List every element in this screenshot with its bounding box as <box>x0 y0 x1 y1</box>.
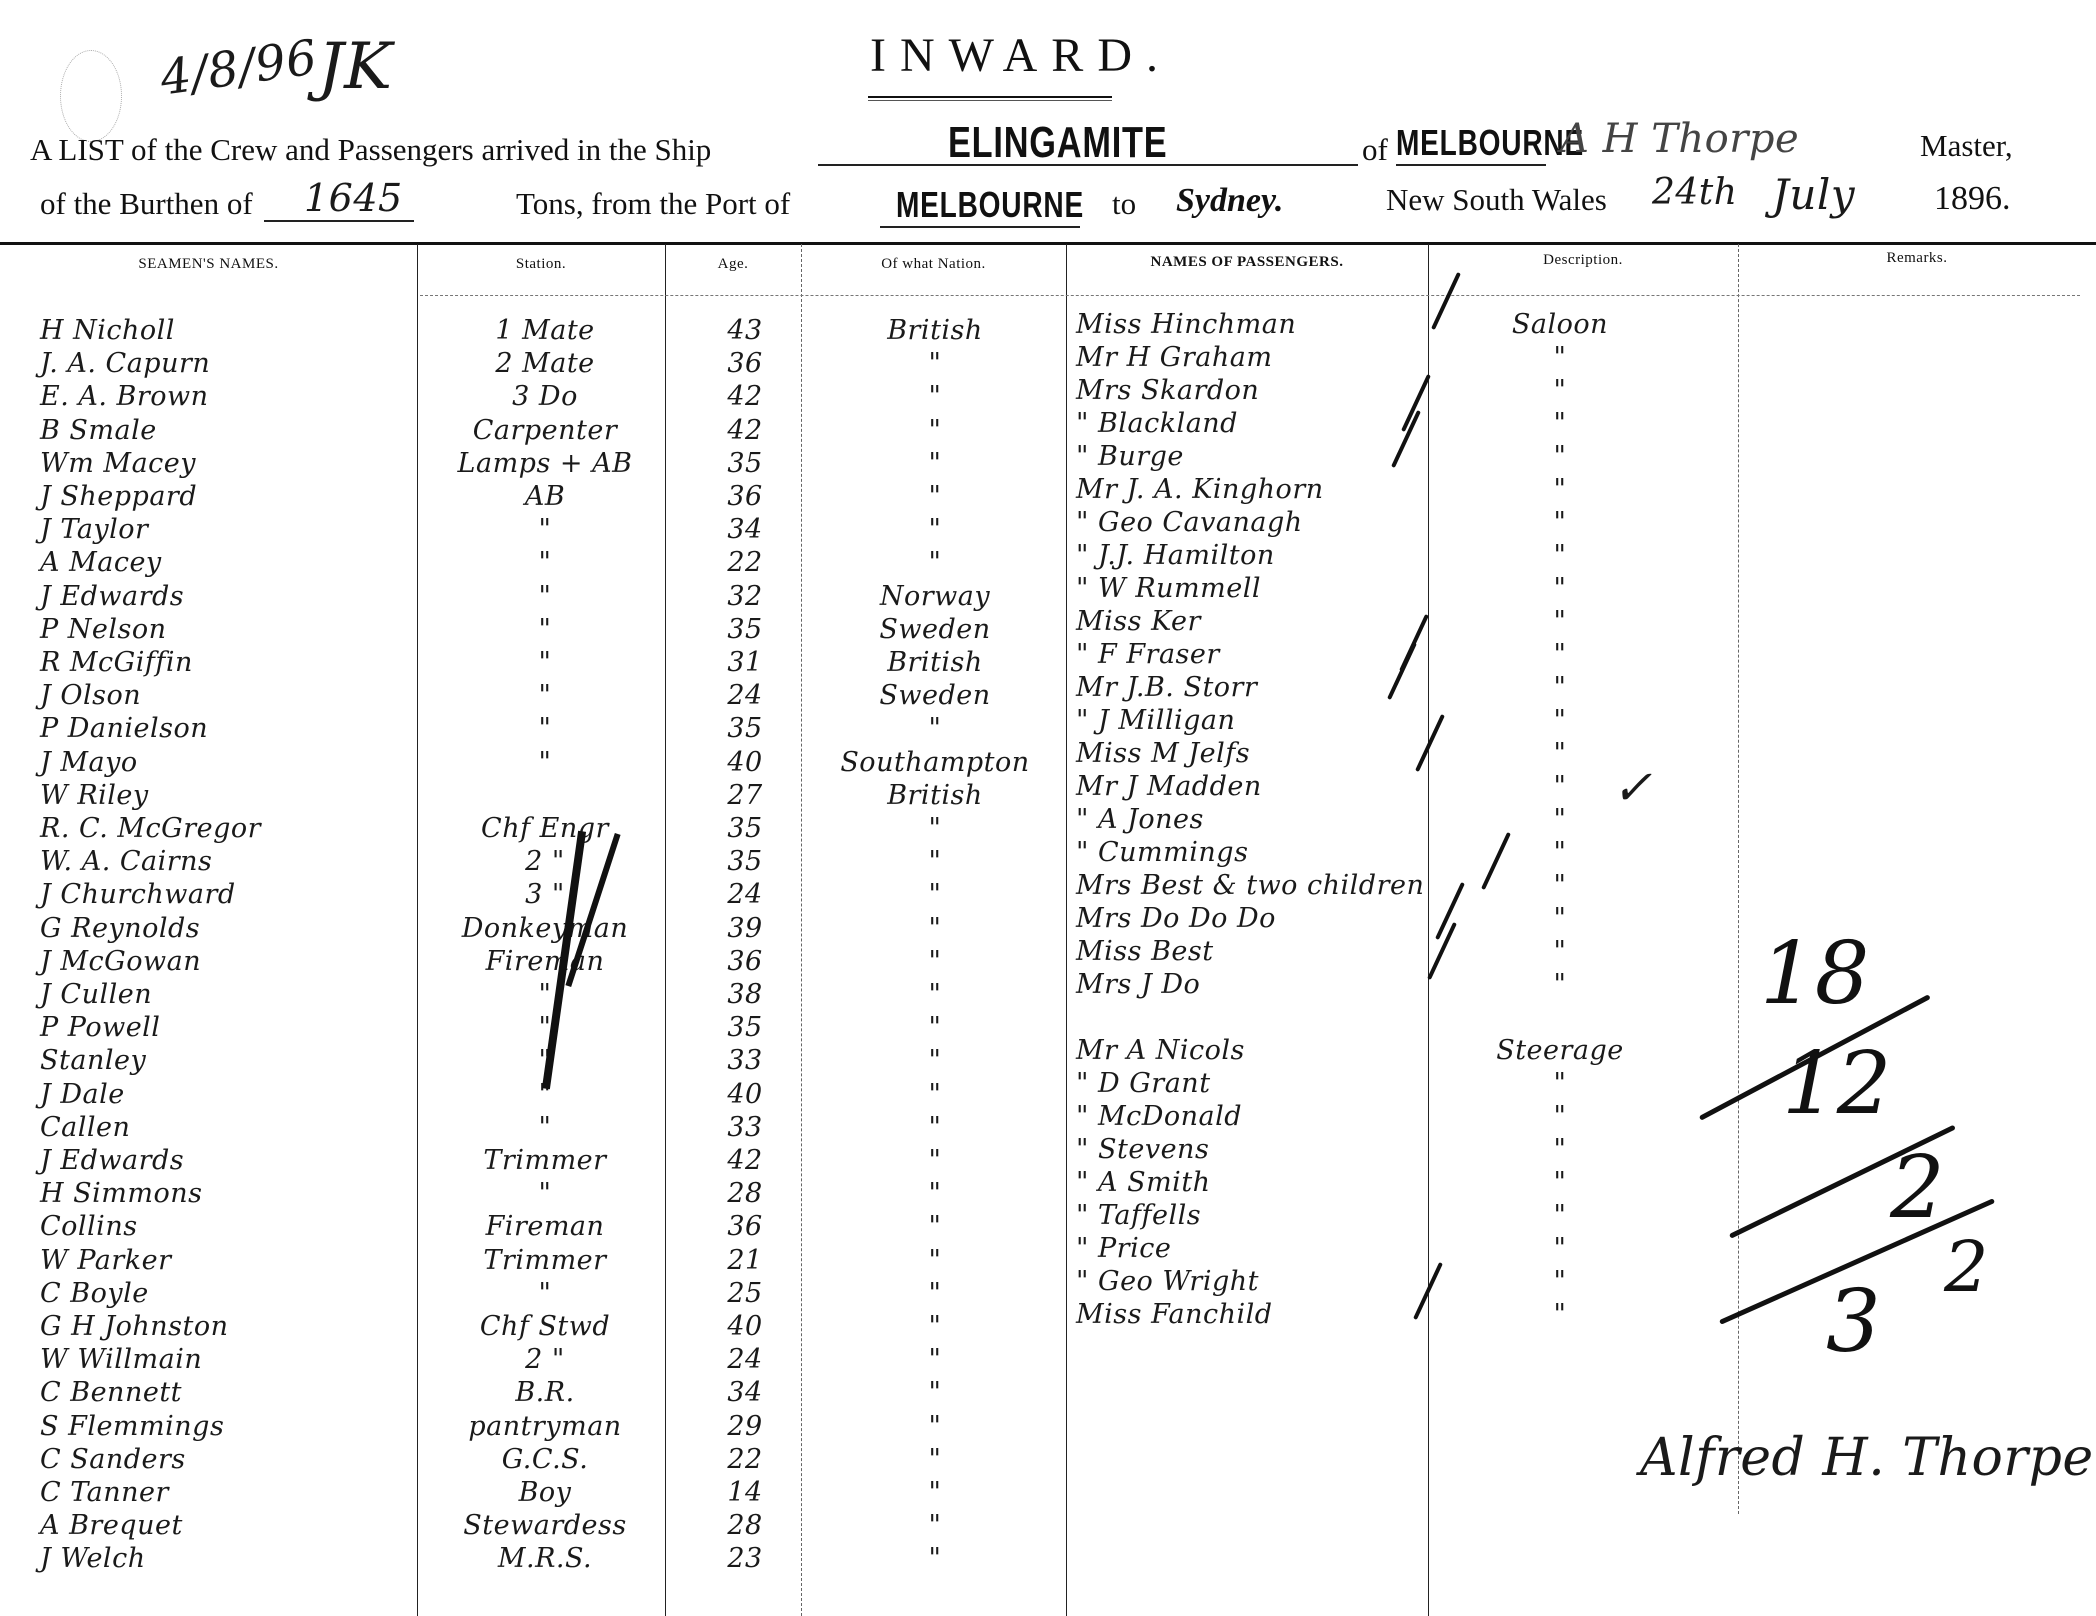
passenger-name: " A Smith <box>1076 1168 1211 1197</box>
passenger-description: " <box>1460 1069 1660 1098</box>
passenger-name: Miss Hinchman <box>1076 310 1296 339</box>
to-port: Sydney. <box>1176 182 1283 220</box>
table-row: J WelchM.R.S.23" <box>0 1544 2096 1573</box>
passenger-description: " <box>1460 508 1660 537</box>
passenger-name: Miss M Jelfs <box>1076 739 1250 768</box>
passenger-name: " W Rummell <box>1076 574 1261 603</box>
master-label: Master, <box>1920 128 2013 164</box>
passenger-description: " <box>1460 442 1660 471</box>
from-port: MELBOURNE <box>896 184 1084 226</box>
table-row: Mrs Skardon" <box>0 376 2096 405</box>
passenger-name: " Geo Wright <box>1076 1267 1259 1296</box>
age: 34 <box>690 1378 800 1407</box>
passenger-name: Miss Fanchild <box>1076 1300 1273 1329</box>
passenger-description: " <box>1460 1168 1660 1197</box>
passenger-description: " <box>1460 574 1660 603</box>
seaman-name: C Bennett <box>40 1378 182 1407</box>
table-row: W Willmain2 "24" <box>0 1345 2096 1374</box>
passenger-name: Mrs Do Do Do <box>1076 904 1276 933</box>
seaman-name: S Flemmings <box>40 1412 224 1441</box>
col-header-passengers: NAMES OF PASSENGERS. <box>1066 254 1428 271</box>
margin-date-note: 4/8/96 <box>157 29 321 106</box>
passenger-name: " Taffells <box>1076 1201 1201 1230</box>
station: B.R. <box>430 1378 660 1407</box>
col-header-age: Age. <box>665 256 801 273</box>
table-row: " A Jones" <box>0 805 2096 834</box>
table-row: " Taffells" <box>0 1201 2096 1230</box>
age: 22 <box>690 1445 800 1474</box>
tons-field: 1645 <box>264 176 414 222</box>
col-header-description: Description. <box>1428 252 1738 269</box>
passenger-description: " <box>1460 1201 1660 1230</box>
passenger-description: " <box>1460 376 1660 405</box>
passenger-name: " Stevens <box>1076 1135 1209 1164</box>
passenger-name: " J.J. Hamilton <box>1076 541 1275 570</box>
passenger-name: Mrs Skardon <box>1076 376 1259 405</box>
passenger-description: " <box>1460 1135 1660 1164</box>
passenger-description: " <box>1460 541 1660 570</box>
nation: " <box>810 1445 1060 1474</box>
passenger-name: Miss Ker <box>1076 607 1201 636</box>
table-row: " J.J. Hamilton" <box>0 541 2096 570</box>
table-row: " J Milligan" <box>0 706 2096 735</box>
tons-value: 1645 <box>304 176 403 220</box>
passenger-name: " F Fraser <box>1076 640 1220 669</box>
passenger-name: " Blackland <box>1076 409 1238 438</box>
passenger-description: " <box>1460 475 1660 504</box>
passenger-description: " <box>1460 1267 1660 1296</box>
ship-field: ELINGAMITE <box>818 118 1358 166</box>
col-header-nation: Of what Nation. <box>801 256 1066 273</box>
title-rule <box>868 100 1112 101</box>
passenger-description: " <box>1460 1102 1660 1131</box>
home-port-field: MELBOURNE <box>1396 118 1546 166</box>
passenger-name: " D Grant <box>1076 1069 1211 1098</box>
table-row: Miss Fanchild" <box>0 1300 2096 1329</box>
station: G.C.S. <box>430 1445 660 1474</box>
ship-name: ELINGAMITE <box>948 118 1167 168</box>
burthen-label: of the Burthen of <box>40 186 253 222</box>
col-header-station: Station. <box>417 256 665 273</box>
passenger-description: " <box>1460 640 1660 669</box>
passenger-name: " J Milligan <box>1076 706 1235 735</box>
station: Stewardess <box>430 1511 660 1540</box>
passenger-name: Mr J. A. Kinghorn <box>1076 475 1324 504</box>
table-row: " F Fraser" <box>0 640 2096 669</box>
station: 2 " <box>430 1345 660 1374</box>
passenger-description: " <box>1460 1300 1660 1329</box>
remarks-tally: 12 <box>1782 1034 1891 1134</box>
passenger-description: " <box>1460 409 1660 438</box>
table-row: " Burge" <box>0 442 2096 471</box>
table-row: Mrs Best & two children" <box>0 871 2096 900</box>
margin-initials: JK <box>318 30 392 104</box>
passenger-name: Mr A Nicols <box>1076 1036 1245 1065</box>
table-row: Miss Ker" <box>0 607 2096 636</box>
passenger-description: " <box>1460 1234 1660 1263</box>
arrival-month: July <box>1772 170 1855 219</box>
passenger-name: " Burge <box>1076 442 1184 471</box>
passenger-description: " <box>1460 343 1660 372</box>
remarks-tally: 18 <box>1760 924 1869 1024</box>
state-label: New South Wales <box>1386 182 1607 218</box>
passenger-description: " <box>1460 607 1660 636</box>
passenger-name: Mrs Best & two children <box>1076 871 1424 900</box>
station: pantryman <box>430 1412 660 1441</box>
passenger-description: " <box>1460 673 1660 702</box>
passenger-description: " <box>1460 970 1660 999</box>
passenger-name: Mrs J Do <box>1076 970 1200 999</box>
table-row: Miss M Jelfs" <box>0 739 2096 768</box>
passenger-name: Miss Best <box>1076 937 1214 966</box>
nation: " <box>810 1544 1060 1573</box>
table-row: Miss HinchmanSaloon <box>0 310 2096 339</box>
master-signature: A H Thorpe <box>1560 116 1799 162</box>
remarks-tally: 3 <box>1826 1272 1881 1372</box>
table-row: " W Rummell" <box>0 574 2096 603</box>
passenger-description: " <box>1460 904 1660 933</box>
station: M.R.S. <box>430 1544 660 1573</box>
passenger-name: Mr J.B. Storr <box>1076 673 1257 702</box>
age: 28 <box>690 1511 800 1540</box>
table-row: " Stevens" <box>0 1135 2096 1164</box>
age: 23 <box>690 1544 800 1573</box>
passenger-description: " <box>1460 937 1660 966</box>
page-title: INWARD. <box>870 28 1172 83</box>
header-divider <box>420 295 2080 296</box>
tons-label: Tons, from the Port of <box>516 186 790 222</box>
passenger-name: " Geo Cavanagh <box>1076 508 1303 537</box>
arrival-day: 24th <box>1652 172 1737 213</box>
table-row: C BennettB.R.34" <box>0 1378 2096 1407</box>
list-heading-text: A LIST of the Crew and Passengers arrive… <box>30 132 711 168</box>
age: 29 <box>690 1412 800 1441</box>
passenger-description: " <box>1460 706 1660 735</box>
title-rule <box>868 96 1112 98</box>
table-row: " A Smith" <box>0 1168 2096 1197</box>
passenger-description: " <box>1460 838 1660 867</box>
seaman-name: C Tanner <box>40 1478 169 1507</box>
col-header-remarks: Remarks. <box>1738 250 2096 267</box>
home-port: MELBOURNE <box>1396 122 1584 164</box>
master-signature-bottom: Alfred H. Thorpe <box>1640 1428 2094 1488</box>
table-row: " Price" <box>0 1234 2096 1263</box>
col-header-seamen: SEAMEN'S NAMES. <box>0 256 417 273</box>
stamp-mark <box>60 50 122 142</box>
seaman-name: W Willmain <box>40 1345 202 1374</box>
nation: " <box>810 1345 1060 1374</box>
of-label: of <box>1362 132 1388 168</box>
table-row: " Geo Cavanagh" <box>0 508 2096 537</box>
passenger-name: Mr J Madden <box>1076 772 1262 801</box>
nation: " <box>810 1412 1060 1441</box>
arrival-year: 1896. <box>1934 180 2011 218</box>
to-label: to <box>1112 186 1136 222</box>
passenger-name: Mr H Graham <box>1076 343 1272 372</box>
passenger-name: " McDonald <box>1076 1102 1242 1131</box>
table-row: Mr H Graham" <box>0 343 2096 372</box>
seaman-name: J Welch <box>40 1544 146 1573</box>
table-row: Mr J.B. Storr" <box>0 673 2096 702</box>
from-port-field: MELBOURNE <box>880 180 1080 228</box>
table-row: " Cummings" <box>0 838 2096 867</box>
passenger-description: Steerage <box>1460 1036 1660 1065</box>
table-row: A BrequetStewardess28" <box>0 1511 2096 1540</box>
passenger-description: Saloon <box>1460 310 1660 339</box>
check-mark-icon: ✓ <box>1612 760 1653 816</box>
nation: " <box>810 1478 1060 1507</box>
nation: " <box>810 1378 1060 1407</box>
seaman-name: A Brequet <box>40 1511 183 1540</box>
passenger-name: " A Jones <box>1076 805 1204 834</box>
table-top-rule <box>0 242 2096 245</box>
table-row: " Blackland" <box>0 409 2096 438</box>
age: 24 <box>690 1345 800 1374</box>
station: Boy <box>430 1478 660 1507</box>
passenger-name: " Cummings <box>1076 838 1248 867</box>
table-row: Mr J. A. Kinghorn" <box>0 475 2096 504</box>
nation: " <box>810 1511 1060 1540</box>
age: 14 <box>690 1478 800 1507</box>
seaman-name: C Sanders <box>40 1445 186 1474</box>
passenger-name: " Price <box>1076 1234 1171 1263</box>
remarks-tally: 2 <box>1944 1226 1989 1308</box>
table-row: Mr J Madden" <box>0 772 2096 801</box>
